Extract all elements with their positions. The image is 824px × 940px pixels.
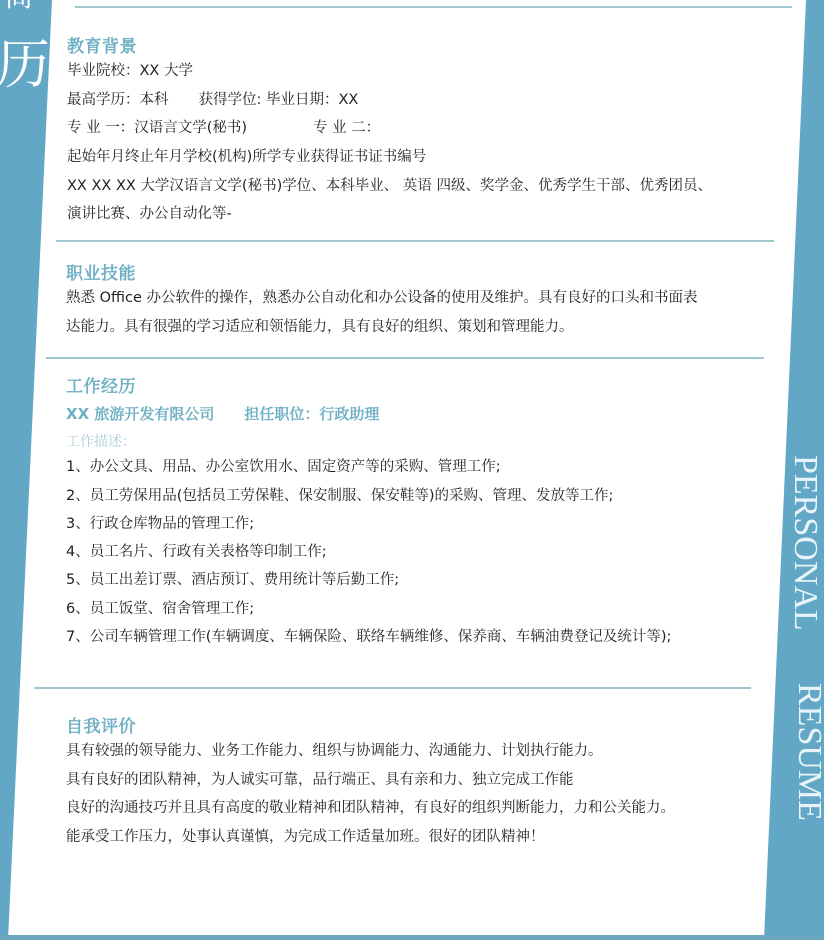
section-title-self-eval: 自我评价 (66, 712, 136, 737)
vertical-label-resume: RESUME (792, 683, 824, 821)
work-item: 2、员工劳保用品(包括员工劳保鞋、保安制服、保安鞋等)的采购、管理、发放等工作; (66, 486, 613, 506)
bottom-border (0, 935, 824, 940)
divider-skills (46, 357, 764, 359)
side-title-char: 历 (0, 38, 50, 92)
education-timeline: 起始年月终止年月学校(机构)所学专业获得证书证书编号 (67, 147, 426, 167)
education-major-line: 专 业 一：汉语言文学(秘书)专 业 二： (67, 118, 380, 138)
education-degree: 获得学位: 毕业日期：XX (199, 92, 359, 108)
side-title-fragment: 简 (4, 0, 34, 12)
education-major1: 专 业 一：汉语言文学(秘书) (67, 120, 247, 136)
section-title-education: 教育背景 (67, 32, 137, 57)
work-item: 3、行政仓库物品的管理工作; (66, 514, 254, 534)
self-eval-line-4: 能承受工作压力，处事认真谨慎，为完成工作适量加班。很好的团队精神！ (66, 827, 545, 847)
self-eval-line-3: 良好的沟通技巧并且具有高度的敬业精神和团队精神，有良好的组织判断能力，力和公关能… (66, 798, 675, 818)
work-item: 1、办公文具、用品、办公室饮用水、固定资产等的采购、管理工作; (66, 457, 501, 477)
education-major2: 专 业 二： (313, 120, 380, 136)
work-item: 6、员工饭堂、宿舍管理工作; (66, 599, 254, 619)
divider-work (34, 687, 751, 689)
skills-line-2: 达能力。具有很强的学习适应和领悟能力，具有良好的组织、策划和管理能力。 (66, 317, 574, 337)
work-item: 5、员工出差订票、酒店预订、费用统计等后勤工作; (66, 570, 399, 590)
education-highest: 最高学历：本科 (67, 92, 169, 108)
work-item: 4、员工名片、行政有关表格等印制工作; (66, 542, 327, 562)
education-details-1: XX XX XX 大学汉语言文学(秘书)学位、本科毕业、 英语 四级、奖学金、优… (67, 176, 712, 196)
section-title-work: 工作经历 (66, 372, 136, 397)
work-position: 担任职位：行政助理 (244, 405, 379, 423)
work-company-line: XX 旅游开发有限公司担任职位：行政助理 (66, 403, 379, 424)
self-eval-line-1: 具有较强的领导能力、业务工作能力、组织与协调能力、沟通能力、计划执行能力。 (66, 741, 603, 761)
section-title-skills: 职业技能 (66, 259, 136, 284)
education-school: 毕业院校：XX 大学 (67, 61, 193, 81)
self-eval-line-2: 具有良好的团队精神，为人诚实可靠，品行端正、具有亲和力、独立完成工作能 (66, 770, 574, 790)
education-details-2: 演讲比赛、办公自动化等- (67, 204, 232, 224)
vertical-label-personal: PERSONAL (788, 455, 822, 631)
work-desc-label: 工作描述： (66, 431, 136, 451)
work-company: XX 旅游开发有限公司 (66, 405, 214, 423)
divider-education (56, 240, 774, 242)
skills-line-1: 熟悉 Office 办公软件的操作，熟悉办公自动化和办公设备的使用及维护。具有良… (66, 288, 698, 308)
work-item: 7、公司车辆管理工作(车辆调度、车辆保险、联络车辆维修、保养商、车辆油费登记及统… (66, 627, 671, 647)
education-degree-line: 最高学历：本科获得学位: 毕业日期：XX (67, 90, 358, 110)
divider-top (75, 6, 792, 8)
